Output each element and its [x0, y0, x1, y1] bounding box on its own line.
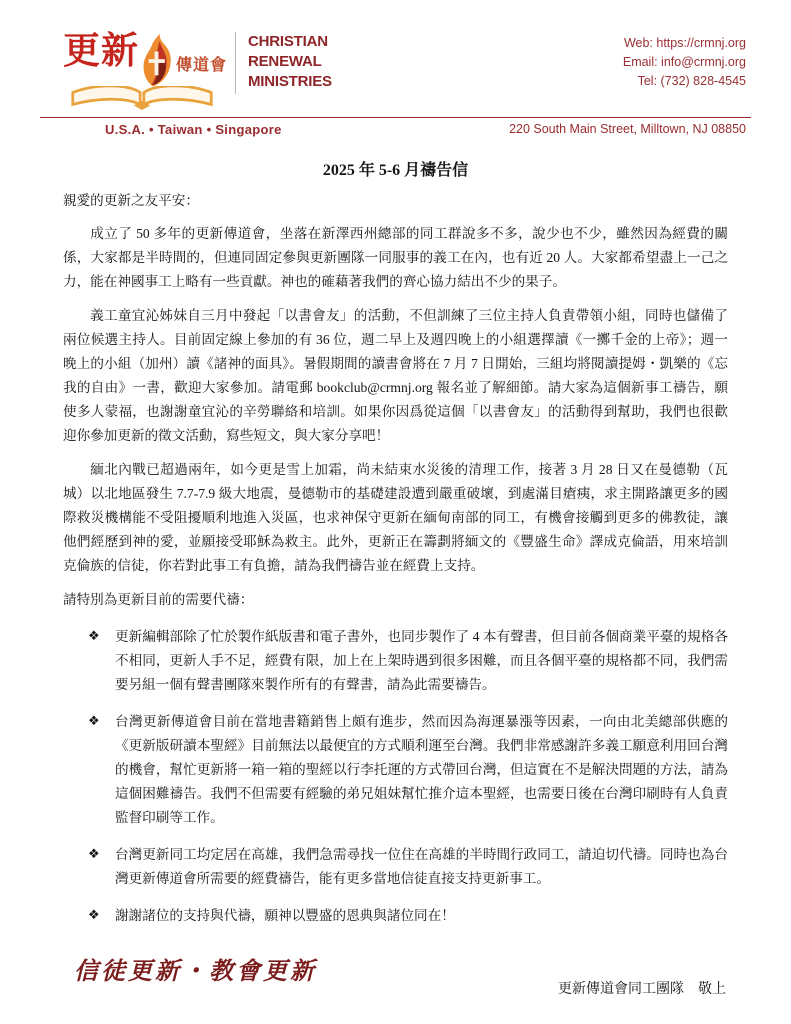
prayer-letter-page: 更新 傳道會	[0, 0, 791, 1024]
logo-hanzi-main: 更新	[63, 30, 139, 74]
bullet-marker-icon: ❖	[88, 843, 100, 867]
greeting: 親愛的更新之友平安：	[63, 189, 728, 213]
footer-slogan: 信徒更新・教會更新	[74, 951, 317, 986]
header-rule	[40, 117, 751, 118]
paragraph-2: 義工童宜沁姊妹自三月中發起「以書會友」的活動，不但訓練了三位主持人負責帶領小組，…	[63, 304, 728, 448]
org-name-en-line3: MINISTRIES	[248, 72, 332, 92]
bullet-text: 台灣更新傳道會目前在當地書籍銷售上頗有進步，然而因為海運暴漲等因素，一向由北美總…	[115, 714, 728, 825]
open-book-icon	[63, 86, 221, 110]
contact-block: Web: https://crmnj.org Email: info@crmnj…	[623, 34, 746, 91]
bullet-marker-icon: ❖	[88, 904, 100, 928]
prayer-bullet-list: ❖ 更新編輯部除了忙於製作紙版書和電子書外，也同步製作了 4 本有聲書，但目前各…	[63, 625, 728, 928]
bullet-text: 更新編輯部除了忙於製作紙版書和電子書外，也同步製作了 4 本有聲書，但目前各個商…	[115, 629, 728, 692]
logo-divider	[235, 32, 236, 94]
org-name-en: CHRISTIAN RENEWAL MINISTRIES	[248, 32, 332, 92]
bullet-text: 台灣更新同工均定居在高雄，我們急需尋找一位住在高雄的半時間行政同工，請迫切代禱。…	[115, 847, 728, 886]
logo-art: 更新 傳道會	[63, 30, 225, 110]
prayer-request-intro: 請特別為更新目前的需要代禱：	[63, 588, 728, 612]
org-name-en-line1: CHRISTIAN	[248, 32, 332, 52]
letter-title: 2025 年 5-6 月禱告信	[63, 159, 728, 183]
bullet-marker-icon: ❖	[88, 625, 100, 649]
logo-hanzi-sub: 傳道會	[176, 52, 227, 75]
bullet-marker-icon: ❖	[88, 710, 100, 734]
contact-email: Email: info@crmnj.org	[623, 53, 746, 72]
contact-address: 220 South Main Street, Milltown, NJ 0885…	[509, 122, 746, 137]
bullet-text: 謝謝諸位的支持與代禱，願神以豐盛的恩典與諸位同在！	[115, 908, 455, 923]
bullet-item-1: ❖ 更新編輯部除了忙於製作紙版書和電子書外，也同步製作了 4 本有聲書，但目前各…	[63, 625, 728, 697]
bullet-item-3: ❖ 台灣更新同工均定居在高雄，我們急需尋找一位住在高雄的半時間行政同工，請迫切代…	[63, 843, 728, 891]
org-name-en-line2: RENEWAL	[248, 52, 332, 72]
org-logo: 更新 傳道會	[63, 30, 332, 110]
flame-cross-icon	[141, 30, 175, 90]
regions-line: U.S.A. • Taiwan • Singapore	[63, 122, 282, 137]
letterhead: 更新 傳道會	[0, 0, 791, 137]
paragraph-3: 緬北內戰已超過兩年，如今更是雪上加霜，尚未結束水災後的清理工作，接著 3 月 2…	[63, 458, 728, 578]
bullet-item-2: ❖ 台灣更新傳道會目前在當地書籍銷售上頗有進步，然而因為海運暴漲等因素，一向由北…	[63, 710, 728, 830]
bullet-item-4: ❖ 謝謝諸位的支持與代禱，願神以豐盛的恩典與諸位同在！	[63, 904, 728, 928]
contact-web: Web: https://crmnj.org	[623, 34, 746, 53]
letter-body: 2025 年 5-6 月禱告信 親愛的更新之友平安： 成立了 50 多年的更新傳…	[0, 159, 791, 1002]
paragraph-1: 成立了 50 多年的更新傳道會，坐落在新澤西州總部的同工群說多不多，說少也不少，…	[63, 222, 728, 294]
contact-tel: Tel: (732) 828-4545	[623, 72, 746, 91]
